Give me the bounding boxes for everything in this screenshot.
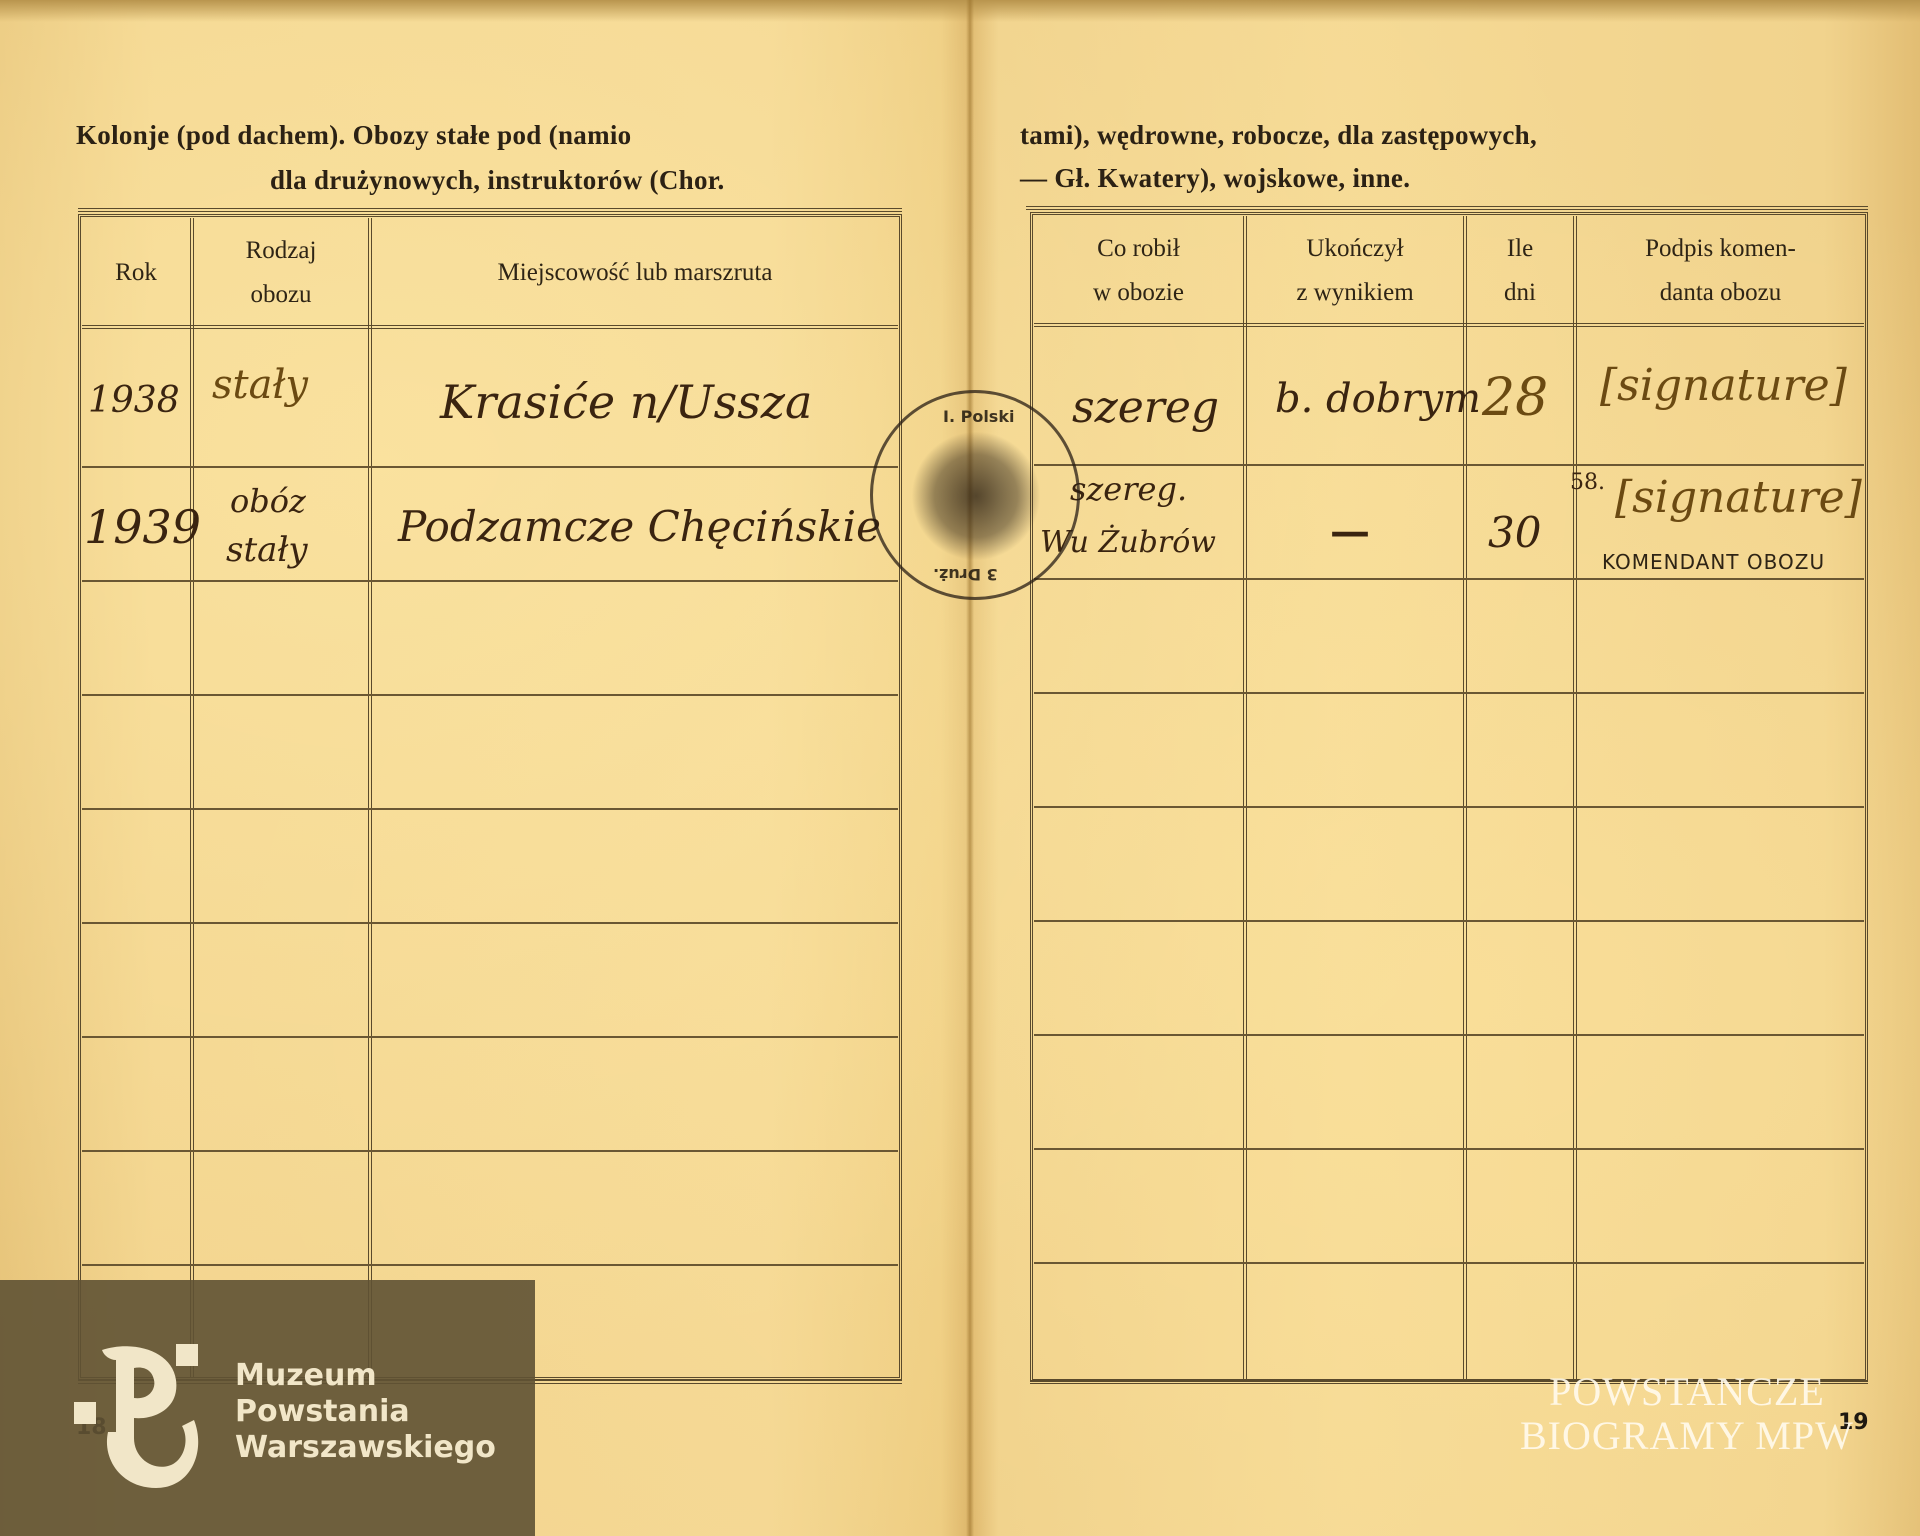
col-header-ile-line1: Ile xyxy=(1507,227,1533,271)
official-stamp: I. Polski 3 Druż. xyxy=(870,390,1080,600)
left-table-top-rule xyxy=(78,208,902,212)
col-header-ile-line2: dni xyxy=(1504,271,1536,315)
col-header-ukonczyl-line1: Ukończył xyxy=(1306,227,1403,271)
row2-podpis: [signature] xyxy=(1615,472,1862,523)
kotwica-anchor-logo-icon xyxy=(72,1340,212,1490)
left-row-rule xyxy=(82,466,898,468)
right-heading-line1: tami), wędrowne, robocze, dla zastępowyc… xyxy=(1020,120,1537,151)
row1-podpis: [signature] xyxy=(1600,360,1847,411)
stamp-text-top: I. Polski xyxy=(943,407,1014,426)
stamp-text-bottom: 3 Druż. xyxy=(933,565,998,584)
col-header-podpis-line2: danta obozu xyxy=(1660,271,1781,315)
logo-line-1: Muzeum xyxy=(235,1358,496,1394)
logo-line-3: Warszawskiego xyxy=(235,1430,496,1466)
left-row-rule xyxy=(82,1150,898,1152)
col-header-miejscowosc-label: Miejscowość lub marszruta xyxy=(498,251,773,295)
row1-miejscowosc: Krasiće n/Ussza xyxy=(440,375,812,429)
row1-rok: 1938 xyxy=(88,380,180,421)
left-row-rule xyxy=(82,1036,898,1038)
left-row-rule xyxy=(82,808,898,810)
col-header-rok-label: Rok xyxy=(115,251,157,295)
col-header-co-robil: Co robił w obozie xyxy=(1034,218,1243,323)
right-row-rule xyxy=(1034,806,1864,808)
row2-ile-dni: 30 xyxy=(1488,508,1541,557)
logo-line-2: Powstania xyxy=(235,1394,496,1430)
left-row-rule xyxy=(82,580,898,582)
right-row-rule xyxy=(1034,920,1864,922)
row2-rodzaj-line1: obóz xyxy=(230,482,306,520)
left-row-rule xyxy=(82,694,898,696)
right-heading-line2: — Gł. Kwatery), wojskowe, inne. xyxy=(1020,163,1410,194)
col-header-rodzaj: Rodzaj obozu xyxy=(194,220,368,325)
col-header-rodzaj-line2: obozu xyxy=(250,273,311,317)
row2-rodzaj-line2: stały xyxy=(226,530,308,570)
left-row-rule xyxy=(82,1264,898,1266)
col-header-rok: Rok xyxy=(82,220,190,325)
right-row-rule xyxy=(1034,692,1864,694)
left-row-rule xyxy=(82,922,898,924)
col-header-podpis: Podpis komen- danta obozu xyxy=(1577,218,1864,323)
row1-rodzaj: stały xyxy=(212,362,308,408)
row2-co-robil-line1: szereg. xyxy=(1070,470,1187,508)
left-header-rule xyxy=(82,325,898,329)
booklet-spread: Kolonje (pod dachem). Obozy stałe pod (n… xyxy=(0,0,1920,1536)
row2-miejscowosc: Podzamcze Chęcińskie xyxy=(398,502,881,551)
museum-logo-text: Muzeum Powstania Warszawskiego xyxy=(235,1358,496,1466)
right-row-rule xyxy=(1034,1262,1864,1264)
left-col-divider-2 xyxy=(368,218,372,1378)
right-header-rule xyxy=(1034,323,1864,327)
stamp-emblem-icon xyxy=(911,431,1041,561)
right-row-rule xyxy=(1034,578,1864,580)
right-col-divider-3 xyxy=(1573,216,1577,1380)
col-header-ukonczyl: Ukończył z wynikiem xyxy=(1247,218,1463,323)
row1-ile-dni: 28 xyxy=(1482,368,1548,428)
row2-podpis-prefix: 58. xyxy=(1570,470,1605,495)
col-header-co-robil-line1: Co robił xyxy=(1097,227,1180,271)
right-row-rule xyxy=(1034,464,1864,466)
biogramy-watermark: POWSTANCZE BIOGRAMY MPW xyxy=(1520,1370,1854,1458)
col-header-rodzaj-line1: Rodzaj xyxy=(246,229,317,273)
watermark-line-2: BIOGRAMY MPW xyxy=(1520,1414,1854,1458)
col-header-miejscowosc: Miejscowość lub marszruta xyxy=(372,220,898,325)
col-header-podpis-line1: Podpis komen- xyxy=(1645,227,1796,271)
row2-rok: 1939 xyxy=(84,500,201,554)
right-row-rule xyxy=(1034,1148,1864,1150)
right-row-rule xyxy=(1034,1034,1864,1036)
left-col-divider-1 xyxy=(190,218,194,1378)
left-heading-line2: dla drużynowych, instruktorów (Chor. xyxy=(270,165,725,196)
right-col-divider-1 xyxy=(1243,216,1247,1380)
row1-co-robil: szereg xyxy=(1072,382,1219,433)
col-header-ukonczyl-line2: z wynikiem xyxy=(1296,271,1413,315)
left-heading-line1: Kolonje (pod dachem). Obozy stałe pod (n… xyxy=(76,120,631,151)
row1-ukonczyl: b. dobrym xyxy=(1275,376,1481,422)
col-header-co-robil-line2: w obozie xyxy=(1093,271,1184,315)
col-header-ile-dni: Ile dni xyxy=(1467,218,1573,323)
spine-fold xyxy=(966,0,974,1536)
museum-logo-overlay: Muzeum Powstania Warszawskiego xyxy=(0,1280,535,1536)
komendant-obozu-stamp-label: KOMENDANT OBOZU xyxy=(1602,550,1825,574)
row2-ukonczyl: — xyxy=(1330,508,1370,555)
page-top-edge xyxy=(0,0,1920,22)
right-table-top-rule xyxy=(1026,206,1868,210)
watermark-line-1: POWSTANCZE xyxy=(1520,1370,1854,1414)
